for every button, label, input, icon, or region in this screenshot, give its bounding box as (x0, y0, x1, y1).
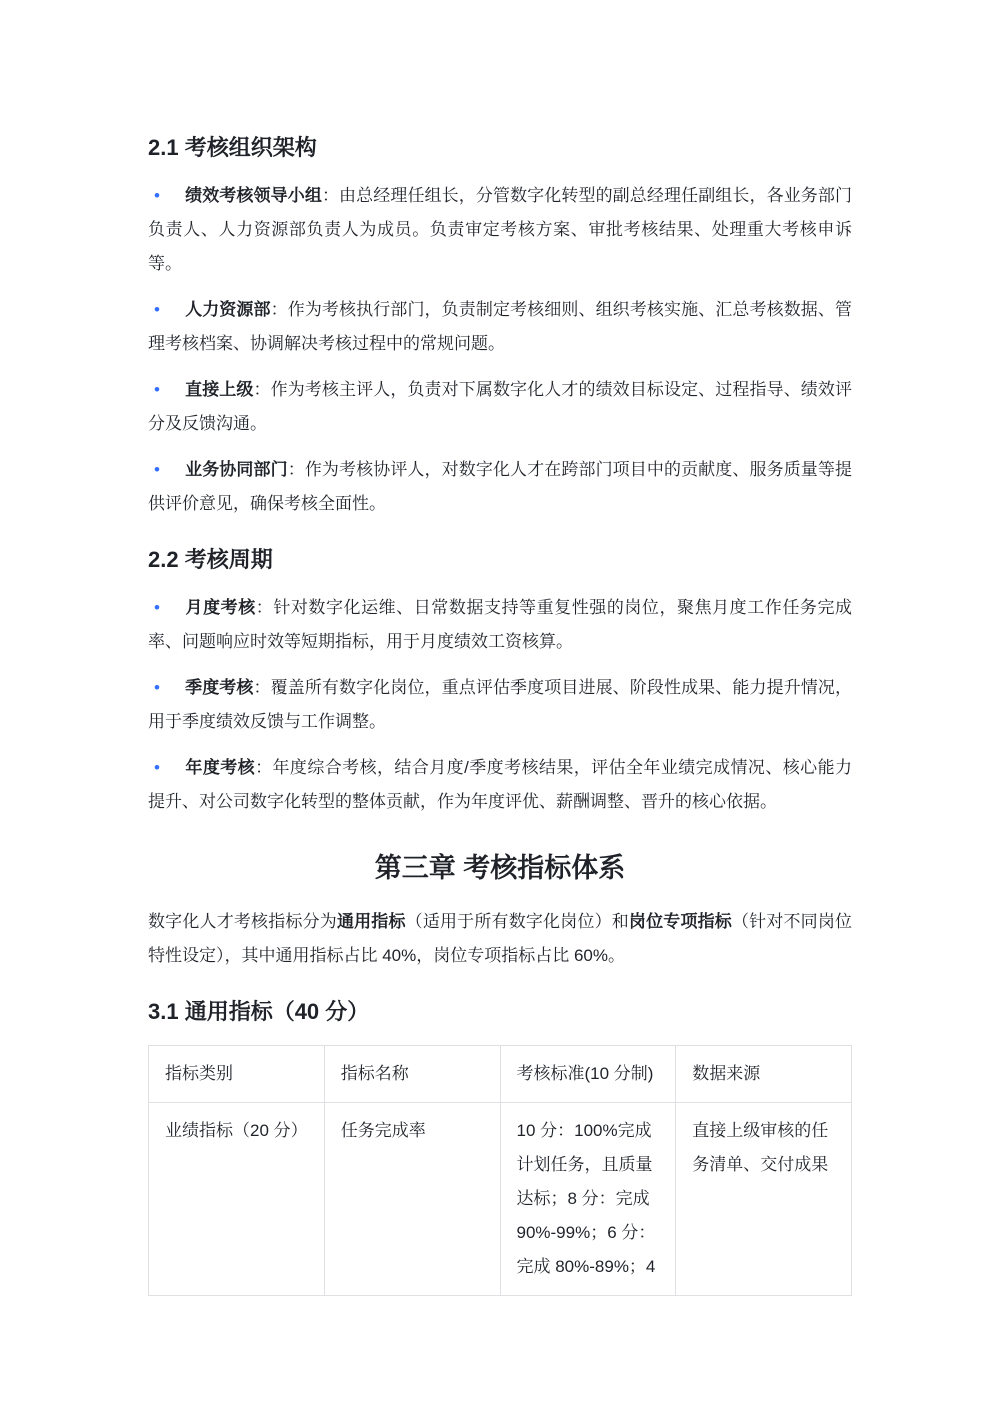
bullet-term: 人力资源部 (185, 300, 271, 319)
bullet-item-direct-supervisor: •直接上级：作为考核主评人，负责对下属数字化人才的绩效目标设定、过程指导、绩效评… (148, 373, 852, 441)
bullet-term: 月度考核 (185, 598, 256, 617)
table-header-row: 指标类别 指标名称 考核标准(10 分制) 数据来源 (149, 1046, 852, 1103)
bullet-term: 年度考核 (185, 758, 255, 777)
bullet-dot-icon: • (148, 453, 185, 487)
bullet-item-hr-dept: •人力资源部：作为考核执行部门，负责制定考核细则、组织考核实施、汇总考核数据、管… (148, 293, 852, 361)
heading-2-1: 2.1 考核组织架构 (148, 133, 852, 163)
bullet-desc: ：覆盖所有数字化岗位，重点评估季度项目进展、阶段性成果、能力提升情况，用于季度绩… (148, 678, 852, 731)
table-header-category: 指标类别 (149, 1046, 325, 1103)
bullet-dot-icon: • (148, 293, 185, 327)
heading-2-2: 2.2 考核周期 (148, 545, 852, 575)
general-indicators-table: 指标类别 指标名称 考核标准(10 分制) 数据来源 业绩指标（20 分） 任务… (148, 1045, 852, 1296)
intro-bold-special: 岗位专项指标 (629, 912, 732, 931)
bullet-dot-icon: • (148, 751, 185, 785)
table-row: 业绩指标（20 分） 任务完成率 10 分：100%完成计划任务，且质量达标；8… (149, 1103, 852, 1296)
chapter-3-heading: 第三章 考核指标体系 (148, 849, 852, 887)
chapter-3-intro-paragraph: 数字化人才考核指标分为通用指标（适用于所有数字化岗位）和岗位专项指标（针对不同岗… (148, 905, 852, 973)
bullet-item-annual: •年度考核：年度综合考核，结合月度/季度考核结果，评估全年业绩完成情况、核心能力… (148, 751, 852, 819)
intro-text: 数字化人才考核指标分为 (148, 912, 337, 931)
bullet-item-leadership-group: •绩效考核领导小组：由总经理任组长，分管数字化转型的副总经理任副组长，各业务部门… (148, 179, 852, 281)
table-cell-source: 直接上级审核的任务清单、交付成果 (676, 1103, 852, 1296)
intro-text: （适用于所有数字化岗位）和 (406, 912, 629, 931)
table-cell-standard: 10 分：100%完成计划任务，且质量达标；8 分：完成 90%-99%；6 分… (500, 1103, 676, 1296)
table-header-name: 指标名称 (324, 1046, 500, 1103)
bullet-item-quarterly: •季度考核：覆盖所有数字化岗位，重点评估季度项目进展、阶段性成果、能力提升情况，… (148, 671, 852, 739)
bullet-dot-icon: • (148, 671, 185, 705)
bullet-item-monthly: •月度考核：针对数字化运维、日常数据支持等重复性强的岗位，聚焦月度工作任务完成率… (148, 591, 852, 659)
table-header-source: 数据来源 (676, 1046, 852, 1103)
bullet-dot-icon: • (148, 373, 185, 407)
table-cell-category: 业绩指标（20 分） (149, 1103, 325, 1296)
bullet-term: 业务协同部门 (185, 460, 288, 479)
intro-bold-general: 通用指标 (337, 912, 406, 931)
bullet-term: 季度考核 (185, 678, 254, 697)
table-header-standard: 考核标准(10 分制) (500, 1046, 676, 1103)
document-page: 2.1 考核组织架构 •绩效考核领导小组：由总经理任组长，分管数字化转型的副总经… (0, 0, 1000, 1414)
bullet-item-business-collab: •业务协同部门：作为考核协评人，对数字化人才在跨部门项目中的贡献度、服务质量等提… (148, 453, 852, 521)
table-cell-name: 任务完成率 (324, 1103, 500, 1296)
bullet-desc: ：作为考核主评人，负责对下属数字化人才的绩效目标设定、过程指导、绩效评分及反馈沟… (148, 380, 852, 433)
bullet-term: 绩效考核领导小组 (185, 186, 322, 205)
bullet-dot-icon: • (148, 591, 185, 625)
heading-3-1: 3.1 通用指标（40 分） (148, 997, 852, 1027)
bullet-term: 直接上级 (185, 380, 254, 399)
bullet-dot-icon: • (148, 179, 185, 213)
